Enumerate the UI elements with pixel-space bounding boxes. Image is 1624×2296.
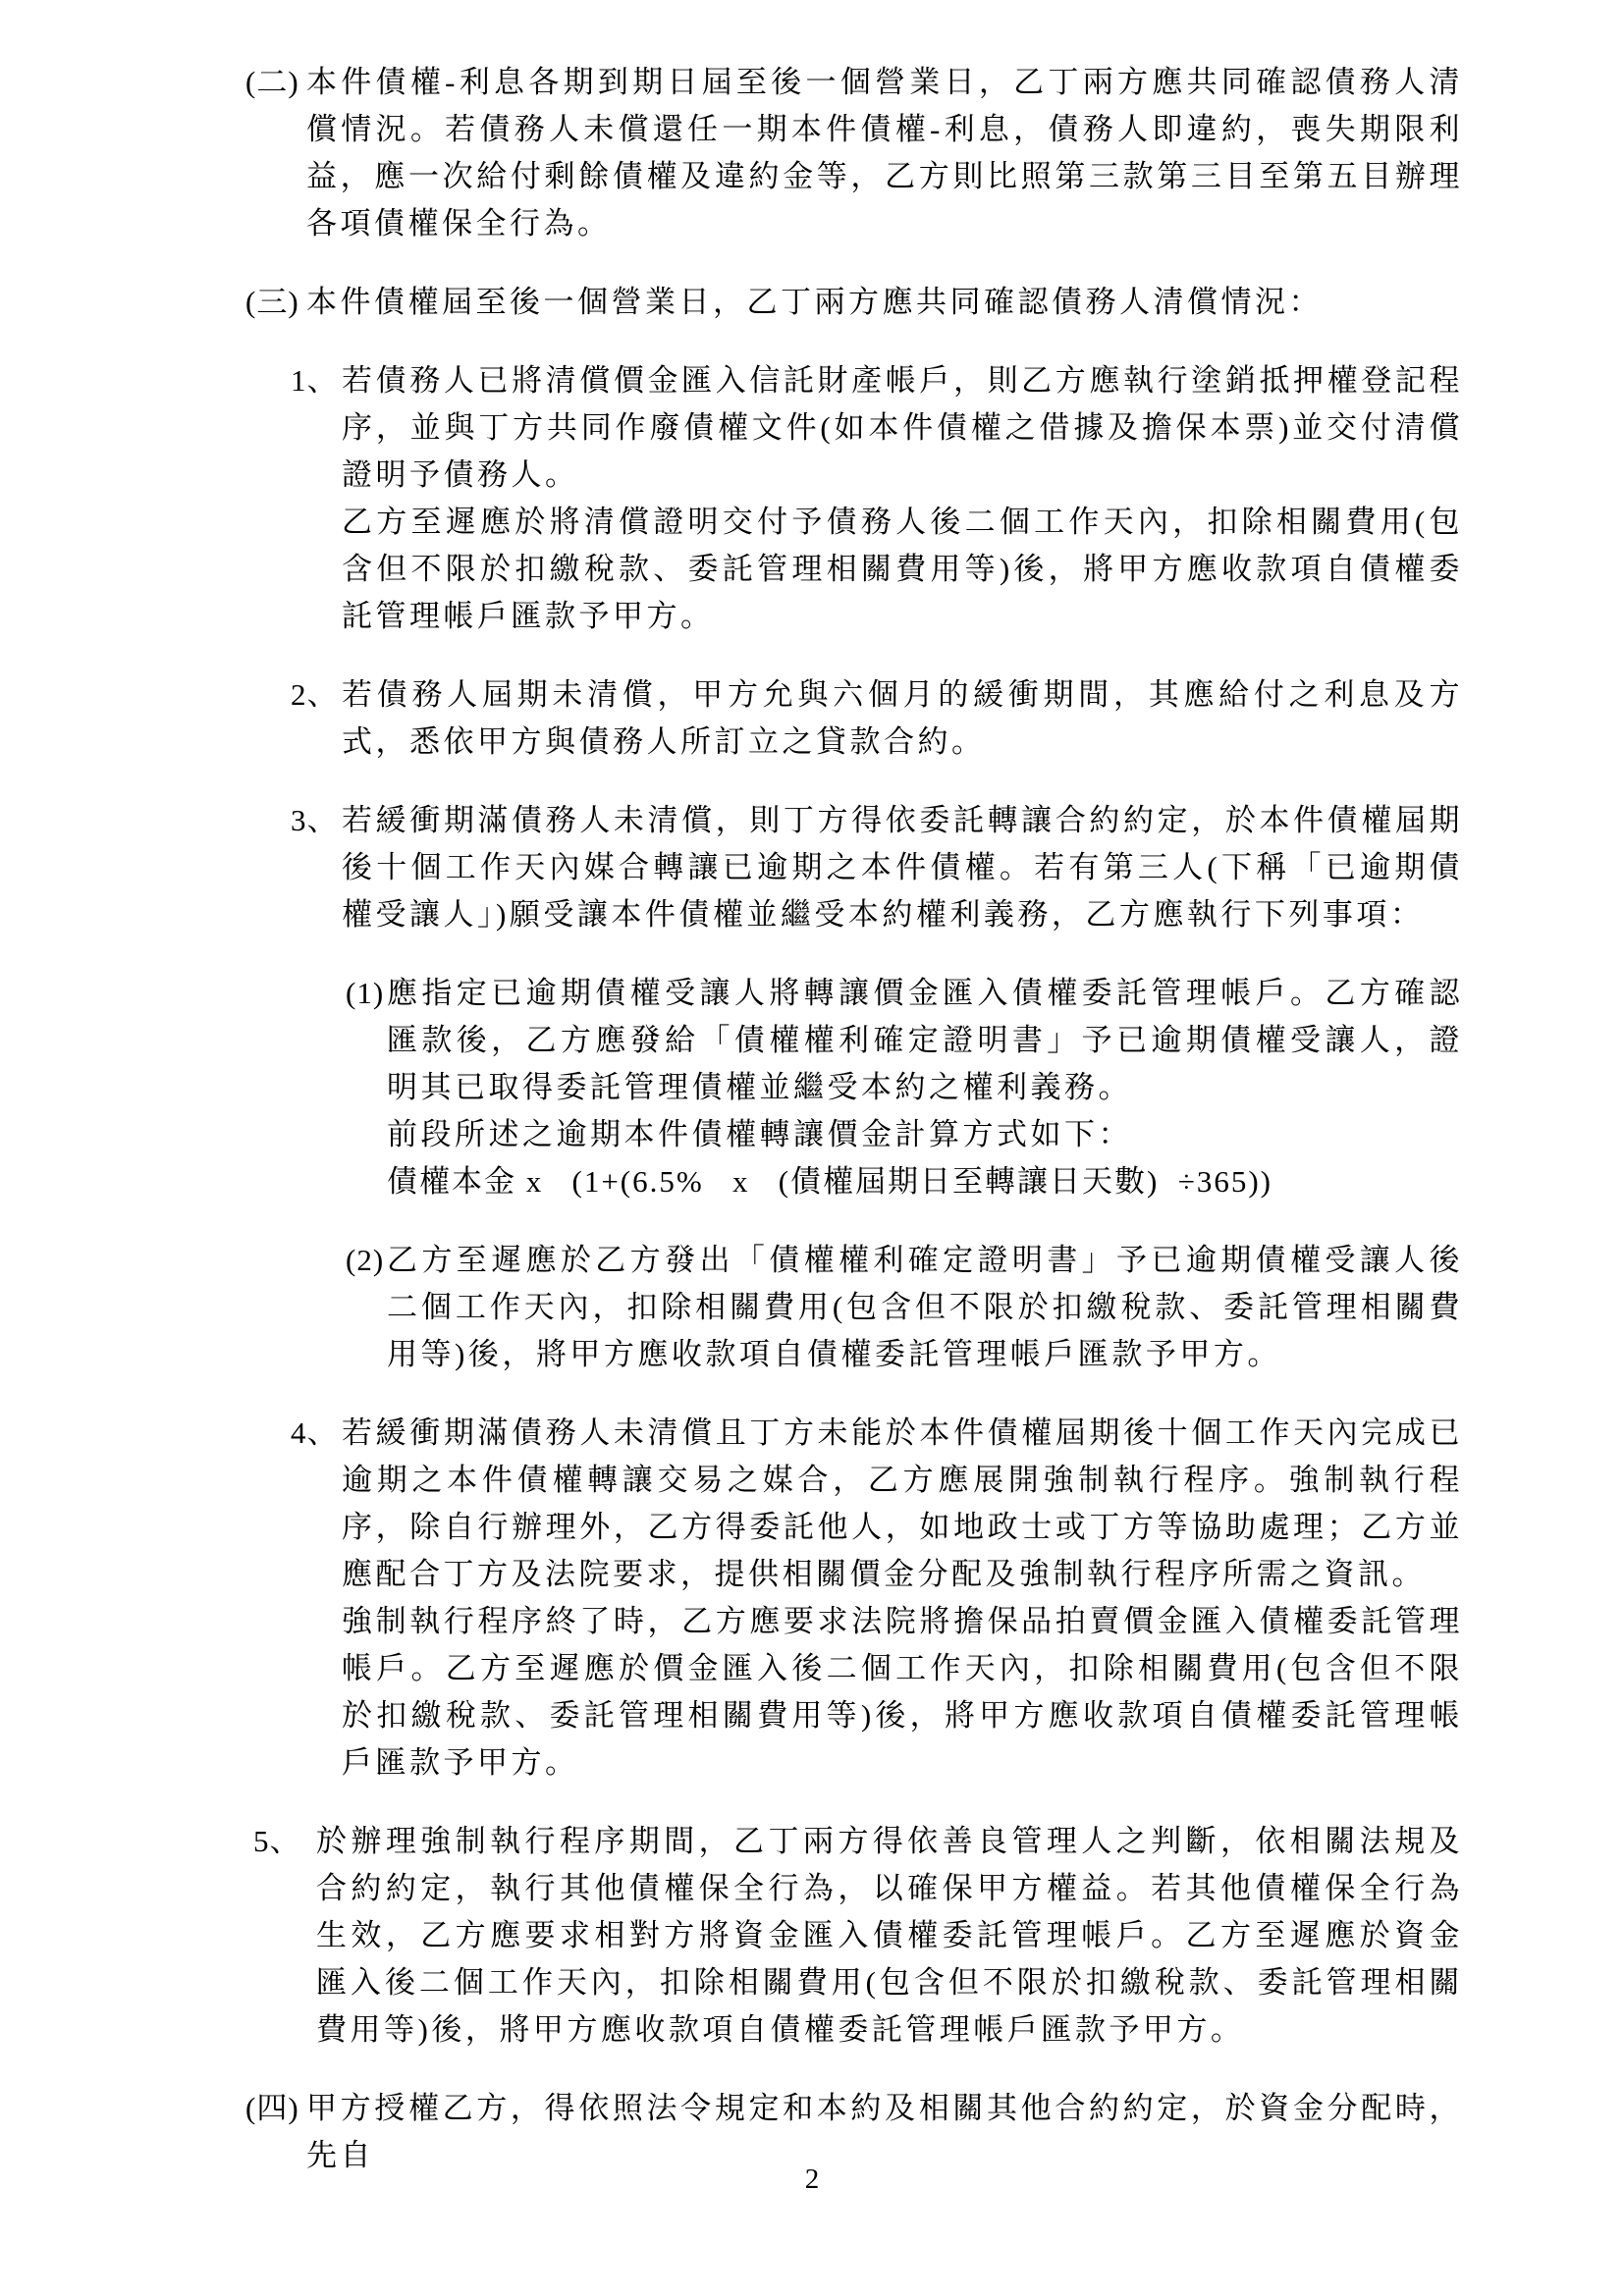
section-body: 若債務人屆期未清償，甲方允與六個月的緩衝期間，其應給付之利息及方式，悉依甲方與債… bbox=[342, 671, 1463, 766]
section-paragraph: 前段所述之逾期本件債權轉讓價金計算方式如下： bbox=[387, 1111, 1463, 1158]
section-label: 5、 bbox=[253, 1818, 316, 1865]
contract-section: (三) 本件債權屆至後一個營業日，乙丁兩方應共同確認債務人清償情況： bbox=[0, 279, 1624, 326]
section-body: 乙方至遲應於乙方發出「債權權利確定證明書」予已逾期債權受讓人後二個工作天內，扣除… bbox=[387, 1237, 1463, 1378]
contract-section: 1、 若債務人已將清償價金匯入信託財產帳戶，則乙方應執行塗銷抵押權登記程序，並與… bbox=[0, 357, 1624, 640]
section-label: 3、 bbox=[291, 797, 342, 844]
section-paragraph: 乙方至遲應於將清償證明交付予債務人後二個工作天內，扣除相關費用(包含但不限於扣繳… bbox=[342, 499, 1463, 640]
section-label: 2、 bbox=[291, 671, 342, 719]
contract-section: (二) 本件債權-利息各期到期日屆至後一個營業日，乙丁兩方應共同確認債務人清償情… bbox=[0, 59, 1624, 247]
section-body: 若緩衝期滿債務人未清償，則丁方得依委託轉讓合約約定，於本件債權屆期後十個工作天內… bbox=[342, 797, 1463, 938]
section-body: 本件債權屆至後一個營業日，乙丁兩方應共同確認債務人清償情況： bbox=[306, 279, 1463, 326]
contract-section: 5、 於辦理強制執行程序期間，乙丁兩方得依善良管理人之判斷，依相關法規及合約約定… bbox=[0, 1818, 1624, 2054]
section-label: (2) bbox=[346, 1237, 387, 1284]
contract-subsection: (1) 應指定已逾期債權受讓人將轉讓價金匯入債權委託管理帳戶。乙方確認匯款後，乙… bbox=[0, 970, 1624, 1205]
section-paragraph: 若債務人已將清償價金匯入信託財產帳戶，則乙方應執行塗銷抵押權登記程序，並與丁方共… bbox=[342, 357, 1463, 499]
section-paragraph: 強制執行程序終了時，乙方應要求法院將擔保品拍賣價金匯入債權委託管理帳戶。乙方至遲… bbox=[342, 1598, 1463, 1787]
section-label: 4、 bbox=[291, 1410, 342, 1457]
contract-section: 4、 若緩衝期滿債務人未清償且丁方未能於本件債權屆期後十個工作天內完成已逾期之本… bbox=[0, 1410, 1624, 1787]
section-body: 應指定已逾期債權受讓人將轉讓價金匯入債權委託管理帳戶。乙方確認匯款後，乙方應發給… bbox=[387, 970, 1463, 1205]
section-paragraph: 應指定已逾期債權受讓人將轉讓價金匯入債權委託管理帳戶。乙方確認匯款後，乙方應發給… bbox=[387, 970, 1463, 1111]
section-label: (三) bbox=[245, 279, 306, 326]
section-paragraph: 若緩衝期滿債務人未清償且丁方未能於本件債權屆期後十個工作天內完成已逾期之本件債權… bbox=[342, 1410, 1463, 1598]
section-paragraph: 乙方至遲應於乙方發出「債權權利確定證明書」予已逾期債權受讓人後二個工作天內，扣除… bbox=[387, 1237, 1463, 1378]
contract-section: 3、 若緩衝期滿債務人未清償，則丁方得依委託轉讓合約約定，於本件債權屆期後十個工… bbox=[0, 797, 1624, 938]
section-label: (二) bbox=[245, 59, 306, 106]
page-number: 2 bbox=[0, 2156, 1624, 2203]
document-page: (二) 本件債權-利息各期到期日屆至後一個營業日，乙丁兩方應共同確認債務人清償情… bbox=[0, 0, 1624, 2296]
document-content: (二) 本件債權-利息各期到期日屆至後一個營業日，乙丁兩方應共同確認債務人清償情… bbox=[0, 59, 1624, 2211]
section-paragraph: 本件債權-利息各期到期日屆至後一個營業日，乙丁兩方應共同確認債務人清償情況。若債… bbox=[306, 59, 1463, 247]
section-paragraph: 於辦理強制執行程序期間，乙丁兩方得依善良管理人之判斷，依相關法規及合約約定，執行… bbox=[316, 1818, 1463, 2054]
section-body: 於辦理強制執行程序期間，乙丁兩方得依善良管理人之判斷，依相關法規及合約約定，執行… bbox=[316, 1818, 1463, 2054]
contract-subsection: (2) 乙方至遲應於乙方發出「債權權利確定證明書」予已逾期債權受讓人後二個工作天… bbox=[0, 1237, 1624, 1378]
section-body: 本件債權-利息各期到期日屆至後一個營業日，乙丁兩方應共同確認債務人清償情況。若債… bbox=[306, 59, 1463, 247]
transfer-price-formula: 債權本金 x (1+(6.5% x (債權屆期日至轉讓日天數) ÷365)) bbox=[387, 1158, 1463, 1205]
section-paragraph: 若緩衝期滿債務人未清償，則丁方得依委託轉讓合約約定，於本件債權屆期後十個工作天內… bbox=[342, 797, 1463, 938]
section-paragraph: 本件債權屆至後一個營業日，乙丁兩方應共同確認債務人清償情況： bbox=[306, 279, 1463, 326]
contract-section: 2、 若債務人屆期未清償，甲方允與六個月的緩衝期間，其應給付之利息及方式，悉依甲… bbox=[0, 671, 1624, 766]
section-label: (四) bbox=[245, 2085, 306, 2132]
section-body: 若債務人已將清償價金匯入信託財產帳戶，則乙方應執行塗銷抵押權登記程序，並與丁方共… bbox=[342, 357, 1463, 640]
section-label: 1、 bbox=[291, 357, 342, 404]
section-label: (1) bbox=[346, 970, 387, 1017]
section-body: 若緩衝期滿債務人未清償且丁方未能於本件債權屆期後十個工作天內完成已逾期之本件債權… bbox=[342, 1410, 1463, 1787]
section-paragraph: 若債務人屆期未清償，甲方允與六個月的緩衝期間，其應給付之利息及方式，悉依甲方與債… bbox=[342, 671, 1463, 766]
